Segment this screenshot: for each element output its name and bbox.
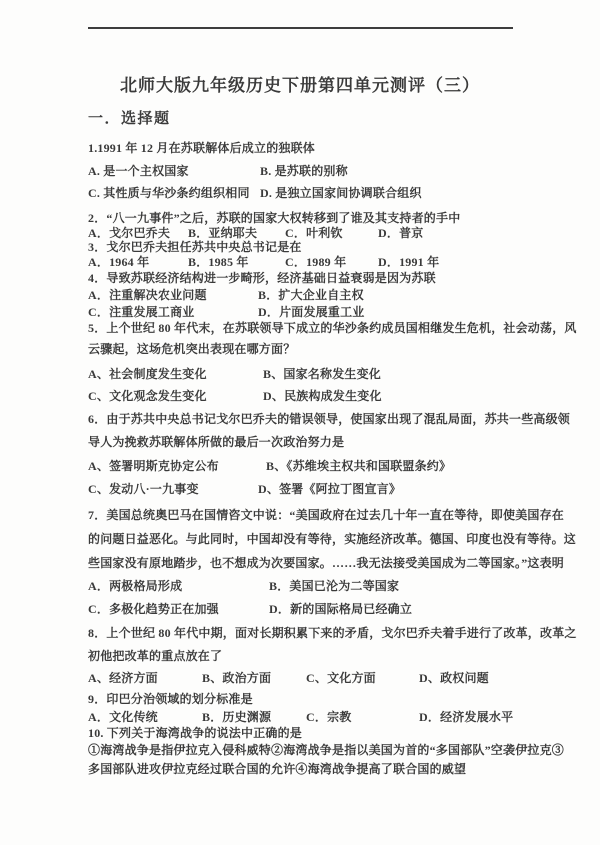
q7-option-b: B．美国已沦为二等国家 [269,579,399,593]
document-page: 北师大版九年级历史下册第四单元测评（三） 一．选择题 1.1991 年 12 月… [0,0,600,845]
q7-stem-line-2: 的问题日益恶化。与此同时，中国却没有等待，实施经济改革。德国、印度也没有等待。这 [88,532,576,546]
q2-option-d: D．普京 [378,226,423,240]
q6-stem-line-1: 6．由于苏共中央总书记戈尔巴乔夫的错误领导，使国家出现了混乱局面，苏共一些高级领 [88,412,570,426]
q5-option-b: B、国家名称发生变化 [263,367,381,381]
q1-option-b: B. 是苏联的别称 [260,164,348,178]
q9-option-a: A．文化传统 [88,710,158,724]
q2-option-a: A．戈尔巴乔夫 [88,226,170,240]
q3-stem: 3．戈尔巴乔夫担任苏共中央总书记是在 [88,240,302,254]
q6-option-b: B、《苏维埃主权共和国联盟条约》 [266,459,451,473]
q5-option-d: D、民族构成发生变化 [263,389,382,403]
q5-option-c: C、文化观念发生变化 [88,389,207,403]
q1-stem: 1.1991 年 12 月在苏联解体后成立的独联体 [88,141,315,155]
q4-option-a: A．注重解决农业问题 [88,288,207,302]
q3-option-b: B．1985 年 [188,255,249,269]
q9-option-c: C．宗教 [306,710,351,724]
q8-stem-line-1: 8．上个世纪 80 年代中期，面对长期积累下来的矛盾，戈尔巴乔夫着手进行了改革，… [88,626,577,640]
q9-option-b: B．历史渊源 [202,710,271,724]
q3-option-d: D．1991 年 [378,255,439,269]
q5-stem-line-1: 5．上个世纪 80 年代末，在苏联领导下成立的华沙条约成员国相继发生危机，社会动… [88,321,577,335]
q7-option-d: D．新的国际格局已经确立 [269,602,412,616]
q4-option-c: C．注重发展工商业 [88,305,194,319]
q5-stem-line-2: 云骤起，这场危机突出表现在哪方面？ [88,342,295,356]
q6-stem-line-2: 导人为挽救苏联解体所做的最后一次政治努力是 [88,435,344,449]
q3-option-c: C．1989 年 [285,255,346,269]
q1-option-c: C. 其性质与华沙条约组织相同 [88,186,250,200]
q5-option-a: A、社会制度发生变化 [88,367,207,381]
q7-stem-line-3: 些国家没有原地踏步，也不想成为次要国家。……我无法接受美国成为二等国家。”这表明 [88,556,564,570]
q7-option-c: C．多极化趋势正在加强 [88,602,219,616]
q6-option-d: D、签署《阿拉丁图宣言》 [258,482,401,496]
q6-option-c: C、发动八·一九事变 [88,482,199,496]
q4-stem: 4．导致苏联经济结构进一步畸形，经济基础日益衰弱是因为苏联 [88,271,436,285]
q7-stem-line-1: 7．美国总统奥巴马在国情咨文中说：“美国政府在过去几十年一直在等待，即使美国存在 [88,508,564,522]
q8-option-c: C、文化方面 [306,671,376,685]
q2-stem: 2．“八一九事件”之后，苏联的国家大权转移到了谁及其支持者的手中 [88,211,460,225]
q8-option-b: B、政治方面 [202,671,271,685]
q7-option-a: A．两极格局形成 [88,579,182,593]
q10-statements-line-2: 多国部队进攻伊拉克经过联合国的允许④海湾战争提高了联合国的威望 [88,762,466,776]
q9-stem: 9．印巴分治领域的划分标准是 [88,692,253,706]
q10-stem: 10. 下列关于海湾战争的说法中正确的是 [88,726,302,740]
q8-option-a: A、经济方面 [88,671,158,685]
q2-option-c: C．叶利钦 [285,226,343,240]
q4-option-d: D．片面发展重工业 [258,305,364,319]
q4-option-b: B．扩大企业自主权 [258,288,364,302]
q2-option-b: B．亚纳耶夫 [188,226,257,240]
q6-option-a: A、签署明斯克协定公布 [88,459,219,473]
section-heading-multiple-choice: 一．选择题 [88,111,171,128]
q9-option-d: D．经济发展水平 [419,710,513,724]
q1-option-a: A. 是一个主权国家 [88,164,189,178]
q8-stem-line-2: 初他把改革的重点放在了 [88,649,222,663]
q3-option-a: A．1964 年 [88,255,149,269]
document-title: 北师大版九年级历史下册第四单元测评（三） [0,76,600,96]
q8-option-d: D、政权问题 [419,671,489,685]
page-top-divider [88,27,513,29]
q10-statements-line-1: ①海湾战争是指伊拉克入侵科威特②海湾战争是指以美国为首的“多国部队”空袭伊拉克③ [88,743,564,757]
q1-option-d: D. 是独立国家间协调联合组织 [260,186,422,200]
